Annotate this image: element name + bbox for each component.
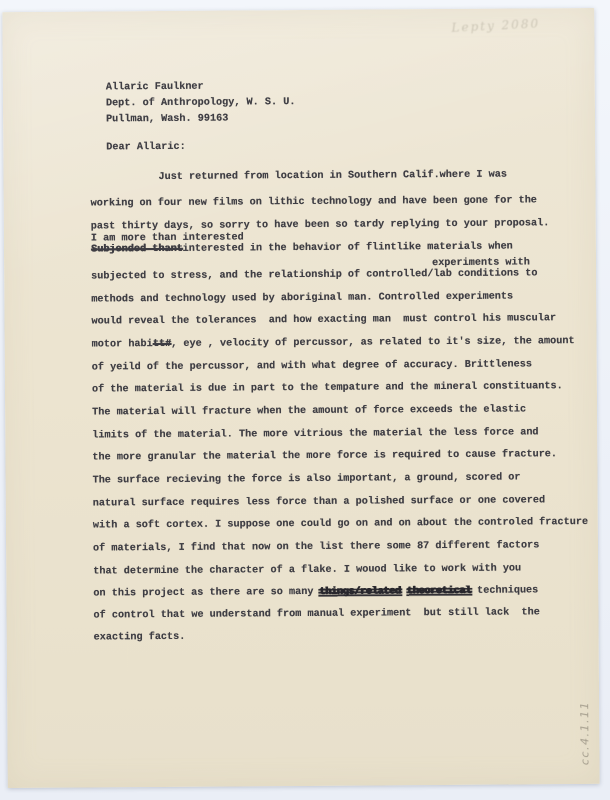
- typed-text: natural surface requires less force than…: [93, 495, 545, 509]
- typed-text: Just returned from location in Southern …: [158, 170, 507, 183]
- typed-text: on this project as there are so many: [93, 587, 319, 600]
- typed-text: Pullman, Wash. 99163: [106, 114, 228, 126]
- struck-line: Subjended thantinterested in the behavio…: [91, 241, 513, 257]
- strike-text: Subjended thant: [91, 244, 183, 256]
- typed-text: Dept. of Anthropology, W. S. U.: [106, 97, 296, 109]
- letter-line: The surface recieving the force is also …: [93, 471, 521, 487]
- typed-text: would reveal the tolerances and how exac…: [91, 313, 556, 327]
- letter-line: the more granular the material the more …: [92, 448, 557, 464]
- pencil-annotation: Lepty 2080: [451, 16, 540, 34]
- letter-line: natural surface requires less force than…: [93, 494, 545, 510]
- typed-text: interested in the behavior of flintlike …: [183, 242, 513, 255]
- typed-text: motor habi: [92, 339, 153, 350]
- typed-text: The material will fracture when the amou…: [92, 404, 526, 418]
- typed-text: [401, 586, 407, 597]
- letter-line: with a soft cortex. I suppose one could …: [93, 516, 588, 532]
- typed-text: exacting facts.: [94, 632, 186, 644]
- typed-text: with a soft cortex. I suppose one could …: [93, 517, 588, 531]
- letter-paper: Lepty 2080 Allaric FaulknerDept. of Anth…: [2, 8, 599, 788]
- letter-line: of the material is due in part to the te…: [92, 380, 563, 396]
- typed-text: of materials, I find that now on the lis…: [93, 540, 539, 554]
- letter-line: The material will fracture when the amou…: [92, 403, 526, 419]
- typed-text: of control that we understand from manua…: [93, 607, 539, 621]
- struck-line: motor habitt#, eye , velocity of percuss…: [92, 335, 575, 351]
- strike-text: tt#: [153, 339, 171, 350]
- typed-text: the more granular the material the more …: [92, 449, 557, 463]
- typed-text: that determine the character of a flake.…: [93, 563, 521, 577]
- typed-text: limits of the material. The more vitriou…: [92, 427, 538, 441]
- typed-text: subjected to stress, and the relationshi…: [91, 268, 537, 282]
- typed-text: techniques: [471, 585, 538, 596]
- catalog-number: cc.4.1.11: [579, 701, 591, 765]
- letter-line: Just returned from location in Southern …: [158, 169, 507, 184]
- typed-text: of yeild of the percussor, and with what…: [92, 359, 532, 373]
- letter-lines: Allaric FaulknerDept. of Anthropology, W…: [2, 8, 594, 12]
- typed-text: methods and technology used by aborigina…: [91, 292, 513, 306]
- typed-text: Dear Allaric:: [106, 142, 186, 154]
- blackout-text: things/related: [320, 586, 401, 598]
- struck-line: on this project as there are so many thi…: [93, 584, 538, 600]
- letter-line: methods and technology used by aborigina…: [91, 291, 513, 307]
- letter-line: subjected to stress, and the relationshi…: [91, 267, 537, 283]
- letter-line: of control that we understand from manua…: [93, 606, 539, 622]
- letter-line: of yeild of the percussor, and with what…: [92, 358, 532, 374]
- salutation: Dear Allaric:: [106, 141, 186, 155]
- typed-text: , eye , velocity of percussor, as relate…: [171, 336, 575, 350]
- recipient-dept: Dept. of Anthropology, W. S. U.: [106, 96, 296, 110]
- letter-line: exacting facts.: [94, 631, 186, 645]
- typed-text: Allaric Faulkner: [106, 82, 204, 94]
- typed-text: working on four new films on lithic tech…: [91, 195, 537, 209]
- typed-text: of the material is due in part to the te…: [92, 381, 563, 395]
- typed-text: The surface recieving the force is also …: [93, 472, 521, 486]
- blackout-text: theoretical: [407, 586, 471, 597]
- letter-line: would reveal the tolerances and how exac…: [91, 312, 556, 328]
- letter-line: working on four new films on lithic tech…: [91, 194, 537, 210]
- letter-line: of materials, I find that now on the lis…: [93, 539, 539, 555]
- typed-text: past thirty days, so sorry to have been …: [91, 218, 550, 232]
- recipient-city: Pullman, Wash. 99163: [106, 113, 228, 127]
- letter-line: limits of the material. The more vitriou…: [92, 426, 538, 442]
- letter-line: that determine the character of a flake.…: [93, 562, 521, 578]
- recipient-name: Allaric Faulkner: [106, 81, 204, 95]
- scan-background: Lepty 2080 Allaric FaulknerDept. of Anth…: [0, 0, 610, 800]
